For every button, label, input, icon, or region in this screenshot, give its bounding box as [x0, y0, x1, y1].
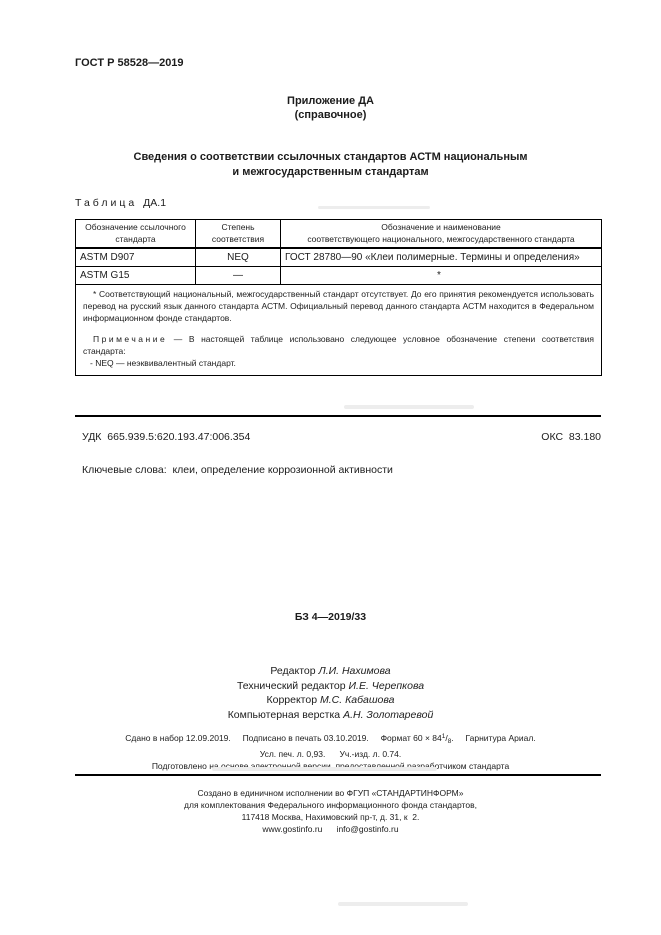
publisher-block: Создано в единичном исполнении во ФГУП «…	[0, 787, 661, 835]
keywords-line: Ключевые слова: клеи, определение корроз…	[82, 464, 393, 476]
credit-line: Технический редактор И.Е. Черепкова	[0, 679, 661, 694]
table-label: ТаблицаДА.1	[75, 197, 166, 209]
scan-artifact	[212, 767, 437, 771]
doc-code: ГОСТ Р 58528—2019	[75, 57, 184, 69]
publisher-line-1: Создано в единичном исполнении во ФГУП «…	[0, 787, 661, 799]
annex-heading: Приложение ДА (справочное)	[0, 94, 661, 122]
imprint-line-2: Усл. печ. л. 0,93. Уч.-изд. л. 0.74.	[0, 748, 661, 760]
publisher-line-2: для комплектования Федерального информац…	[0, 799, 661, 811]
col-header-reference-standard: Обозначение ссылочного стандарта	[76, 220, 196, 249]
scan-artifact	[344, 405, 474, 409]
table-label-word: Таблица	[75, 197, 137, 209]
note-item: - NEQ — неэквивалентный стандарт.	[83, 357, 594, 369]
table-footnote-cell: * Соответствующий национальный, межгосуд…	[76, 285, 602, 376]
scan-artifact	[318, 206, 430, 209]
credit-line: Компьютерная верстка А.Н. Золотаревой	[0, 708, 661, 723]
table-footnote-row: * Соответствующий национальный, межгосуд…	[76, 285, 602, 376]
credit-name: И.Е. Черепкова	[349, 680, 425, 692]
imprint-block: Сдано в набор 12.09.2019. Подписано в пе…	[0, 731, 661, 772]
credit-role: Компьютерная верстка	[228, 709, 340, 721]
section-title: Сведения о соответствии ссылочных станда…	[0, 150, 661, 179]
udk-code: УДК 665.939.5:620.193.47:006.354	[82, 431, 250, 443]
credit-name: Л.И. Нахимова	[319, 665, 391, 677]
credit-role: Редактор	[270, 665, 315, 677]
col-header-degree: Степень соответствия	[196, 220, 281, 249]
cell-corresponding: *	[281, 267, 602, 285]
cell-degree: —	[196, 267, 281, 285]
correspondence-table: Обозначение ссылочного стандарта Степень…	[75, 219, 601, 376]
table-row: ASTM G15 — *	[76, 267, 602, 285]
table-row: ASTM D907 NEQ ГОСТ 28780—90 «Клеи полиме…	[76, 248, 602, 267]
table-header-row: Обозначение ссылочного стандарта Степень…	[76, 220, 602, 249]
note-label: Примечание	[93, 334, 167, 344]
horizontal-rule	[75, 415, 601, 417]
credit-name: А.Н. Золотаревой	[343, 709, 433, 721]
classification-row: УДК 665.939.5:620.193.47:006.354 ОКС 83.…	[75, 431, 601, 443]
oks-code: ОКС 83.180	[541, 431, 601, 443]
table: Обозначение ссылочного стандарта Степень…	[75, 219, 602, 376]
table-label-number: ДА.1	[143, 197, 166, 209]
cell-degree: NEQ	[196, 248, 281, 267]
imprint-line-1: Сдано в набор 12.09.2019. Подписано в пе…	[0, 731, 661, 748]
cell-ref-standard: ASTM D907	[76, 248, 196, 267]
credit-role: Технический редактор	[237, 680, 346, 692]
col-header-corresponding-standard: Обозначение и наименование соответствующ…	[281, 220, 602, 249]
credit-line: Корректор М.С. Кабашова	[0, 693, 661, 708]
document-page: ГОСТ Р 58528—2019 Приложение ДА (справоч…	[0, 0, 661, 935]
note-paragraph: Примечание — В настоящей таблице использ…	[83, 333, 594, 357]
credit-name: М.С. Кабашова	[320, 694, 395, 706]
bz-code: БЗ 4—2019/33	[0, 611, 661, 623]
footnote-text: * Соответствующий национальный, межгосуд…	[83, 288, 594, 324]
publisher-contacts: www.gostinfo.ru info@gostinfo.ru	[0, 823, 661, 835]
publisher-address: 117418 Москва, Нахимовский пр-т, д. 31, …	[0, 811, 661, 823]
imprint-format-text: Сдано в набор 12.09.2019. Подписано в пе…	[125, 733, 441, 743]
cell-ref-standard: ASTM G15	[76, 267, 196, 285]
credit-line: Редактор Л.И. Нахимова	[0, 664, 661, 679]
credit-role: Корректор	[267, 694, 318, 706]
credits-block: Редактор Л.И. Нахимова Технический редак…	[0, 664, 661, 722]
scan-artifact	[338, 902, 468, 906]
cell-corresponding: ГОСТ 28780—90 «Клеи полимерные. Термины …	[281, 248, 602, 267]
imprint-typeface-text: . Гарнитура Ариал.	[451, 733, 535, 743]
horizontal-rule	[75, 774, 601, 776]
